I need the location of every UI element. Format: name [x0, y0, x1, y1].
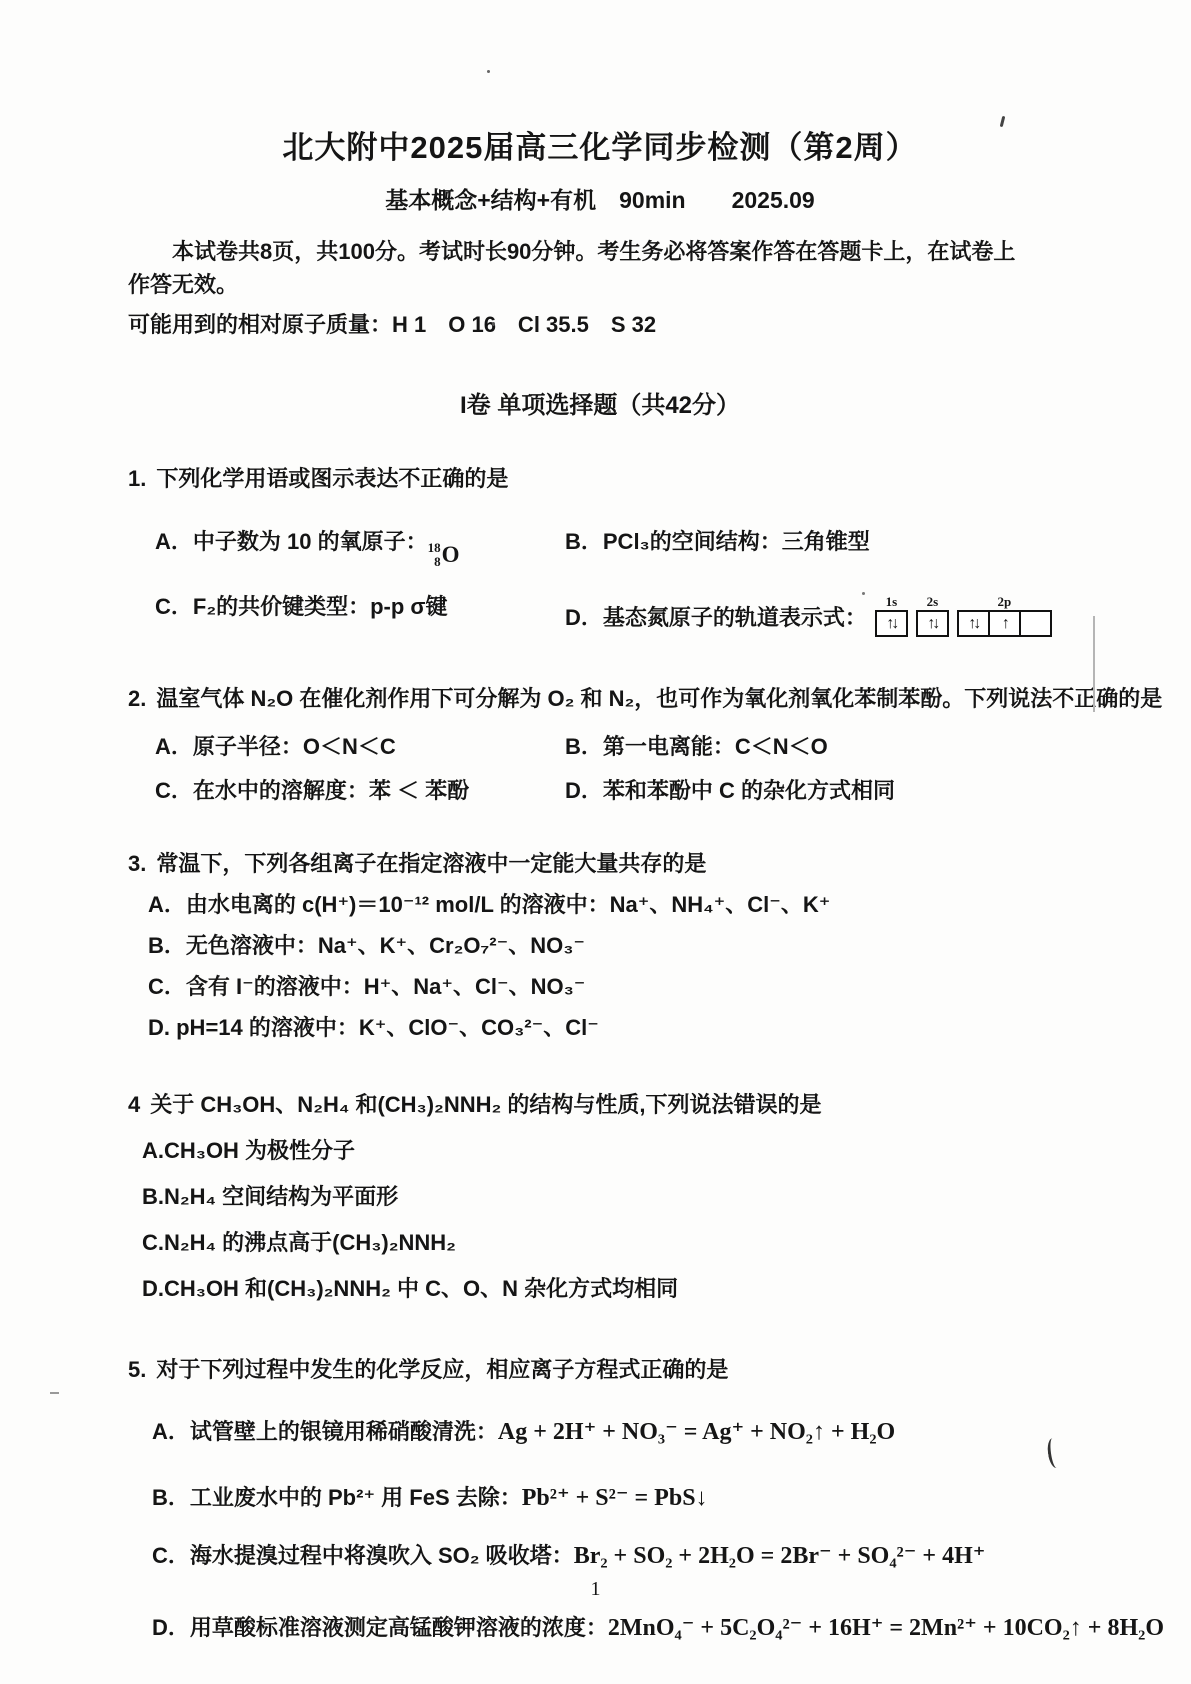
question-1-stem: 1.下列化学用语或图示表达不正确的是 — [128, 462, 1072, 493]
scan-artifact — [487, 70, 490, 73]
exam-title: 北大附中2025届高三化学同步检测（第2周） — [128, 122, 1072, 167]
option-a-text: A．中子数为 10 的氧原子： — [155, 529, 428, 554]
question-1-option-a: A．中子数为 10 的氧原子：188O — [155, 525, 565, 568]
exam-content: 北大附中2025届高三化学同步检测（第2周） 基本概念+结构+有机 90min … — [128, 122, 1072, 1642]
exam-subtitle: 基本概念+结构+有机 90min 2025.09 — [128, 182, 1072, 215]
orbital-2s-boxes: ↑↓ — [916, 610, 949, 637]
question-1-option-b: B．PCl₃的空间结构：三角锥型 — [565, 525, 1072, 568]
option-c-label: C．海水提溴过程中将溴吹入 SO₂ 吸收塔： — [152, 1543, 574, 1568]
exam-instructions: 本试卷共8页，共100分。考试时长90分钟。考生务必将答案作答在答题卡上，在试卷… — [128, 235, 1072, 301]
question-3-number: 3. — [128, 851, 146, 876]
question-3-option-d: D. pH=14 的溶液中：K⁺、ClO⁻、CO₃²⁻、Cl⁻ — [148, 1011, 1072, 1042]
option-d-label: D．用草酸标准溶液测定高锰酸钾溶液的浓度： — [152, 1615, 608, 1640]
ionic-equation-c: Br₂ + SO₂ + 2H₂O = 2Br⁻ + SO₄²⁻ + 4H⁺ — [574, 1543, 986, 1569]
question-2-option-d: D．苯和苯酚中 C 的杂化方式相同 — [565, 774, 1072, 805]
question-4-option-c: C.N₂H₄ 的沸点高于(CH₃)₂NNH₂ — [142, 1226, 1072, 1257]
question-2-number: 2. — [128, 686, 146, 711]
page-number: 1 — [0, 1578, 1191, 1601]
isotope-symbol: O — [442, 542, 460, 568]
orbital-2s: 2s ↑↓ — [916, 595, 949, 637]
orbital-box: ↑↓ — [957, 610, 990, 637]
question-2-option-c: C．在水中的溶解度：苯 ＜ 苯酚 — [155, 774, 565, 805]
question-1-text: 下列化学用语或图示表达不正确的是 — [156, 466, 508, 491]
question-4-option-d: D.CH₃OH 和(CH₃)₂NNH₂ 中 C、O、N 杂化方式均相同 — [142, 1272, 1072, 1303]
orbital-diagram: 1s ↑↓ 2s ↑↓ 2p ↑↓↑ — [875, 595, 1060, 637]
question-1-options-row-1: A．中子数为 10 的氧原子：188O B．PCl₃的空间结构：三角锥型 — [155, 525, 1072, 568]
question-1: 1.下列化学用语或图示表达不正确的是 A．中子数为 10 的氧原子：188O B… — [128, 462, 1072, 632]
question-5-option-d: D．用草酸标准溶液测定高锰酸钾溶液的浓度：2MnO₄⁻ + 5C₂O₄²⁻ + … — [152, 1611, 1072, 1642]
orbital-1s-boxes: ↑↓ — [875, 610, 908, 637]
orbital-2s-label: 2s — [927, 595, 939, 608]
ionic-equation-a: Ag + 2H⁺ + NO₃⁻ = Ag⁺ + NO₂↑ + H₂O — [498, 1419, 895, 1445]
section-heading: I卷 单项选择题（共42分） — [128, 385, 1072, 420]
question-3: 3.常温下，下列各组离子在指定溶液中一定能大量共存的是 A．由水电离的 c(H⁺… — [128, 847, 1072, 1042]
question-2-stem: 2.温室气体 N₂O 在催化剂作用下可分解为 O₂ 和 N₂，也可作为氧化剂氧化… — [128, 682, 1072, 713]
scan-artifact — [862, 592, 865, 595]
question-2-option-b: B．第一电离能：C＜N＜O — [565, 730, 1072, 761]
question-3-stem: 3.常温下，下列各组离子在指定溶液中一定能大量共存的是 — [128, 847, 1072, 878]
question-5-stem: 5.对于下列过程中发生的化学反应，相应离子方程式正确的是 — [128, 1353, 1072, 1384]
orbital-2p-boxes: ↑↓↑ — [957, 610, 1052, 637]
orbital-box: ↑ — [988, 610, 1021, 637]
ionic-equation-d: 2MnO₄⁻ + 5C₂O₄²⁻ + 16H⁺ = 2Mn²⁺ + 10CO₂↑… — [608, 1615, 1164, 1641]
scan-artifact — [608, 410, 611, 413]
question-4-stem: 4关于 CH₃OH、N₂H₄ 和(CH₃)₂NNH₂ 的结构与性质,下列说法错误… — [128, 1088, 1072, 1119]
question-2-option-a: A．原子半径：O＜N＜C — [155, 730, 565, 761]
question-4-option-b: B.N₂H₄ 空间结构为平面形 — [142, 1180, 1072, 1211]
scan-artifact — [1093, 616, 1095, 712]
question-3-option-b: B．无色溶液中：Na⁺、K⁺、Cr₂O₇²⁻、NO₃⁻ — [148, 929, 1072, 960]
option-d-text: D．基态氮原子的轨道表示式： — [565, 601, 867, 632]
isotope-notation: 188O — [428, 541, 460, 568]
question-1-option-c: C．F₂的共价键类型：p-p σ键 — [155, 590, 565, 632]
question-1-number: 1. — [128, 466, 146, 491]
orbital-1s: 1s ↑↓ — [875, 595, 908, 637]
question-3-option-c: C．含有 I⁻的溶液中：H⁺、Na⁺、Cl⁻、NO₃⁻ — [148, 970, 1072, 1001]
orbital-box: ↑↓ — [875, 610, 908, 637]
question-5-option-c: C．海水提溴过程中将溴吹入 SO₂ 吸收塔：Br₂ + SO₂ + 2H₂O =… — [152, 1539, 1072, 1570]
instructions-line-2: 作答无效。 — [128, 268, 1072, 301]
isotope-mass-number: 18 — [428, 541, 441, 555]
orbital-2p-label: 2p — [998, 595, 1012, 608]
question-3-text: 常温下，下列各组离子在指定溶液中一定能大量共存的是 — [156, 851, 706, 876]
question-2-options-row-2: C．在水中的溶解度：苯 ＜ 苯酚 D．苯和苯酚中 C 的杂化方式相同 — [155, 774, 1072, 805]
orbital-box: ↑↓ — [916, 610, 949, 637]
question-5-text: 对于下列过程中发生的化学反应，相应离子方程式正确的是 — [156, 1357, 728, 1382]
question-4-number: 4 — [128, 1092, 140, 1117]
question-4-text: 关于 CH₃OH、N₂H₄ 和(CH₃)₂NNH₂ 的结构与性质,下列说法错误的… — [150, 1092, 821, 1117]
question-5-option-a: A．试管壁上的银镜用稀硝酸清洗：Ag + 2H⁺ + NO₃⁻ = Ag⁺ + … — [152, 1415, 1072, 1446]
isotope-numbers: 188 — [428, 541, 441, 568]
scan-artifact — [492, 322, 495, 326]
exam-page: 北大附中2025届高三化学同步检测（第2周） 基本概念+结构+有机 90min … — [0, 0, 1191, 1684]
orbital-2p: 2p ↑↓↑ — [957, 595, 1052, 637]
question-1-options-row-2: C．F₂的共价键类型：p-p σ键 D．基态氮原子的轨道表示式： 1s ↑↓ 2… — [155, 590, 1072, 632]
question-4-option-a: A.CH₃OH 为极性分子 — [142, 1134, 1072, 1165]
question-4: 4关于 CH₃OH、N₂H₄ 和(CH₃)₂NNH₂ 的结构与性质,下列说法错误… — [128, 1088, 1072, 1303]
isotope-atomic-number: 8 — [434, 555, 441, 569]
question-1-option-d: D．基态氮原子的轨道表示式： 1s ↑↓ 2s ↑↓ 2p ↑↓↑ — [565, 590, 1072, 632]
question-2-options-row-1: A．原子半径：O＜N＜C B．第一电离能：C＜N＜O — [155, 730, 1072, 761]
question-5-option-b: B．工业废水中的 Pb²⁺ 用 FeS 去除：Pb²⁺ + S²⁻ = PbS↓ — [152, 1481, 1072, 1512]
option-a-label: A．试管壁上的银镜用稀硝酸清洗： — [152, 1419, 498, 1444]
orbital-1s-label: 1s — [886, 595, 898, 608]
scan-artifact — [50, 1392, 59, 1394]
option-b-label: B．工业废水中的 Pb²⁺ 用 FeS 去除： — [152, 1485, 522, 1510]
atomic-mass-note: 可能用到的相对原子质量：H 1 O 16 Cl 35.5 S 32 — [128, 308, 1072, 339]
question-3-option-a: A．由水电离的 c(H⁺)＝10⁻¹² mol/L 的溶液中：Na⁺、NH₄⁺、… — [148, 888, 1072, 919]
question-5-number: 5. — [128, 1357, 146, 1382]
question-2: 2.温室气体 N₂O 在催化剂作用下可分解为 O₂ 和 N₂，也可作为氧化剂氧化… — [128, 682, 1072, 805]
ionic-equation-b: Pb²⁺ + S²⁻ = PbS↓ — [522, 1485, 708, 1511]
question-2-text: 温室气体 N₂O 在催化剂作用下可分解为 O₂ 和 N₂，也可作为氧化剂氧化苯制… — [156, 686, 1162, 711]
instructions-line-1: 本试卷共8页，共100分。考试时长90分钟。考生务必将答案作答在答题卡上，在试卷… — [128, 235, 1072, 268]
orbital-box — [1019, 610, 1052, 637]
